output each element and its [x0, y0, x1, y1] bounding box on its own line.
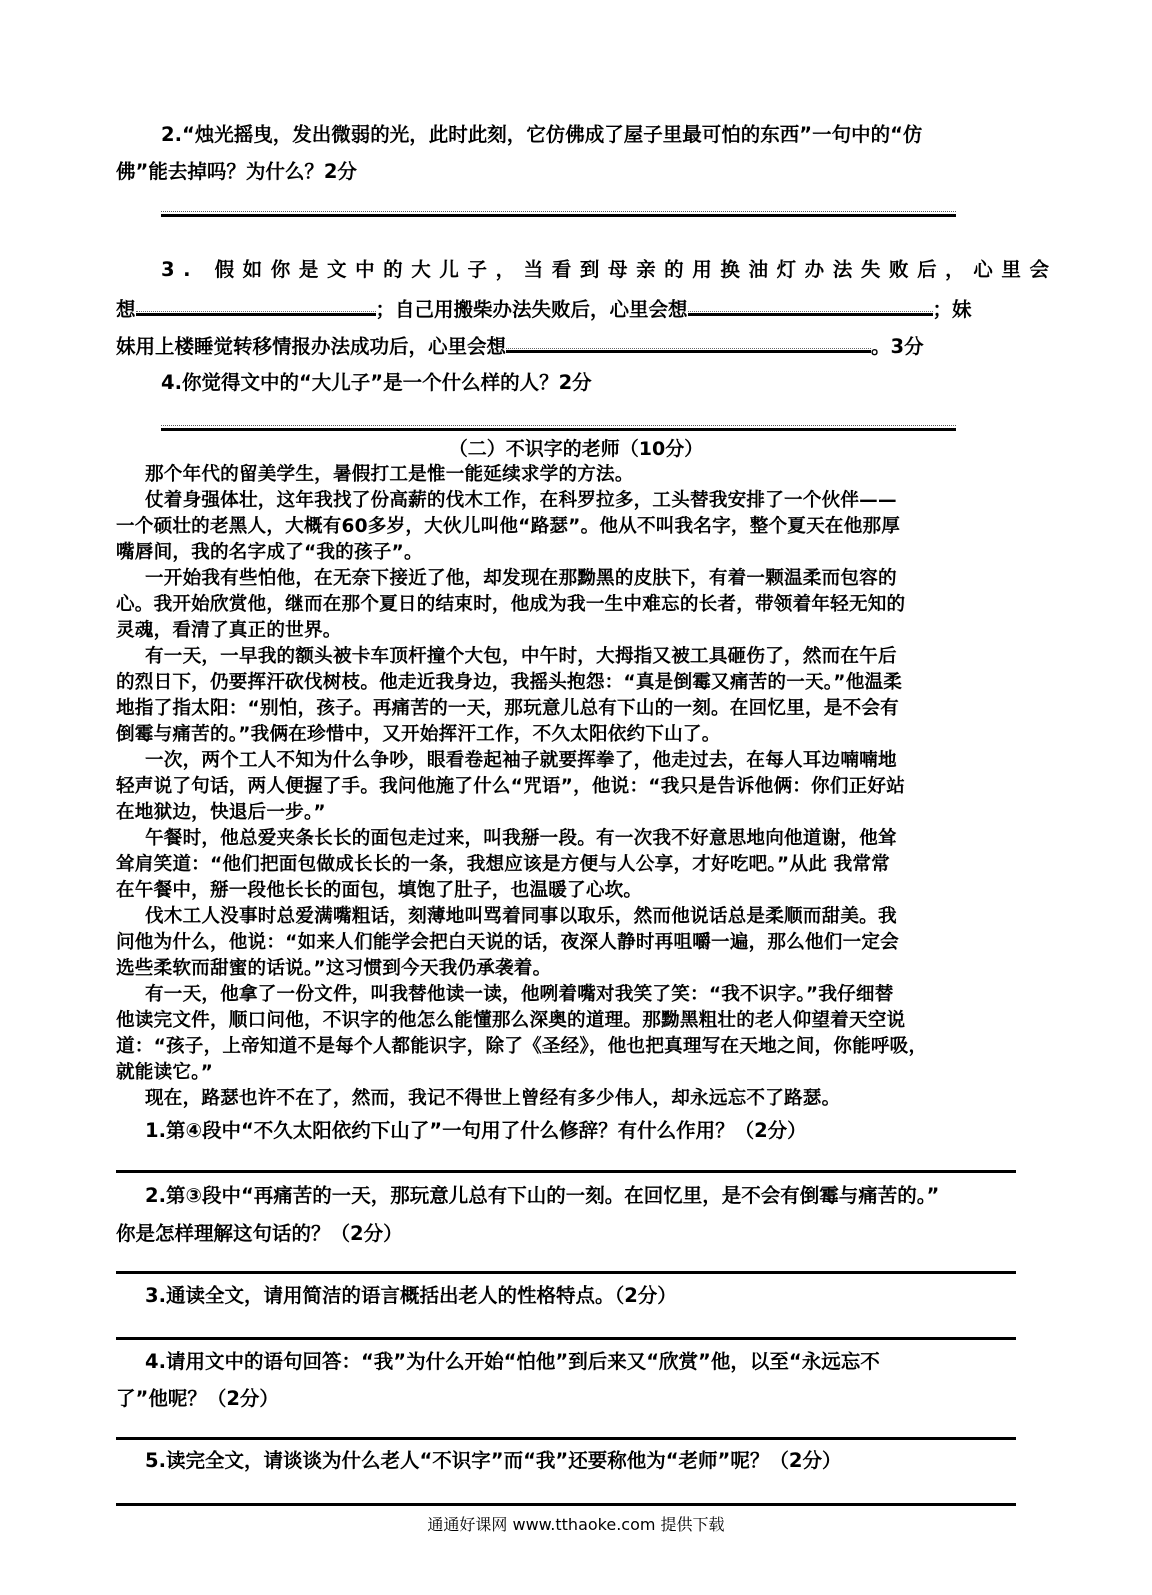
- question-2-line-2: 佛”能去掉吗？为什么？2分: [116, 160, 357, 184]
- passage-line: 那个年代的留美学生，暑假打工是惟一能延续求学的方法。: [145, 463, 634, 487]
- fill-blank-1[interactable]: [136, 295, 376, 316]
- s2-question-5: 5.读完全文，请谈谈为什么老人“不识字”而“我”还要称他为“老师”呢？（2分）: [145, 1449, 841, 1473]
- passage-line: 在地狱边，快退后一步。”: [116, 801, 326, 825]
- answer-line-q4[interactable]: [161, 428, 956, 431]
- passage-line: 问他为什么，他说：“如来人们能学会把白天说的话，夜深人静时再咀嚼一遍，那么他们一…: [116, 931, 899, 955]
- s2-question-4-line-2: 了”他呢？（2分）: [116, 1387, 279, 1411]
- answer-line-s2-q3[interactable]: [116, 1337, 1016, 1340]
- passage-line: 一开始我有些怕他，在无奈下接近了他，却发现在那黝黑的皮肤下，有着一颗温柔而包容的: [145, 567, 897, 591]
- question-4-line-1: 4.你觉得文中的“大儿子”是一个什么样的人？2分: [161, 371, 592, 395]
- passage-line: 心。我开始欣赏他，继而在那个夏日的结束时，他成为我一生中难忘的长者，带领着年轻无…: [116, 593, 905, 617]
- fill-blank-2[interactable]: [688, 295, 933, 316]
- exam-page: 2.“烛光摇曳，发出微弱的光，此时此刻，它仿佛成了屋子里最可怕的东西”一句中的“…: [0, 0, 1152, 1595]
- question-2-line-1: 2.“烛光摇曳，发出微弱的光，此时此刻，它仿佛成了屋子里最可怕的东西”一句中的“…: [161, 123, 922, 147]
- passage-line: 地指了指太阳：“别怕，孩子。再痛苦的一天，那玩意儿总有下山的一刻。在回忆里，是不…: [116, 697, 899, 721]
- passage-line: 选些柔软而甜蜜的话说。”这习惯到今天我仍承袭着。: [116, 957, 551, 981]
- s2-question-3: 3.通读全文，请用简洁的语言概括出老人的性格特点。（2分）: [145, 1284, 677, 1308]
- s2-question-2-line-1: 2.第③段中“再痛苦的一天，那玩意儿总有下山的一刻。在回忆里，是不会有倒霉与痛苦…: [145, 1184, 939, 1208]
- answer-line-s2-q4[interactable]: [116, 1437, 1016, 1440]
- passage-line: 在午餐中，掰一段他长长的面包，填饱了肚子，也温暖了心坎。: [116, 879, 642, 903]
- passage-line: 现在，路瑟也许不在了，然而，我记不得世上曾经有多少伟人，却永远忘不了路瑟。: [145, 1087, 840, 1111]
- s2-question-4-line-1: 4.请用文中的语句回答：“我”为什么开始“怕他”到后来又“欣赏”他，以至“永远忘…: [145, 1350, 880, 1374]
- answer-line-s2-q5[interactable]: [116, 1503, 1016, 1506]
- answer-line-dots: [161, 425, 956, 426]
- answer-line-dots: [161, 211, 956, 212]
- passage-line: 一个硕壮的老黑人，大概有60多岁，大伙儿叫他“路瑟”。他从不叫我名字，整个夏天在…: [116, 515, 900, 539]
- question-3-text-e: 。3分: [871, 335, 924, 358]
- question-3-line-2: 想；自己用搬柴办法失败后，心里会想；妹: [116, 295, 972, 322]
- section-2-title: （二）不识字的老师（10分）: [0, 437, 1152, 461]
- passage-line: 一次，两个工人不知为什么争吵，眼看卷起袖子就要挥拳了，他走过去，在每人耳边喃喃地: [145, 749, 897, 773]
- passage-line: 午餐时，他总爱夹条长长的面包走过来，叫我掰一段。有一次我不好意思地向他道谢，他耸: [145, 827, 897, 851]
- question-3-text-c: ；妹: [933, 298, 972, 321]
- passage-line: 轻声说了句话，两人便握了手。我问他施了什么“咒语”，他说：“我只是告诉他俩：你们…: [116, 775, 905, 799]
- passage-line: 耸肩笑道：“他们把面包做成长长的一条，我想应该是方便与人公享，才好吃吧。”从此 …: [116, 853, 890, 877]
- passage-line: 就能读它。”: [116, 1061, 213, 1085]
- passage-line: 有一天，一早我的额头被卡车顶杆撞个大包，中午时，大拇指又被工具砸伤了，然而在午后: [145, 645, 897, 669]
- answer-line-s2-q2[interactable]: [116, 1271, 1016, 1274]
- fill-blank-3[interactable]: [506, 332, 871, 353]
- passage-line: 嘴唇间，我的名字成了“我的孩子”。: [116, 541, 423, 565]
- footer-credit: 通通好课网 www.tthaoke.com 提供下载: [0, 1512, 1152, 1535]
- passage-line: 仗着身强体壮，这年我找了份高薪的伐木工作，在科罗拉多，工头替我安排了一个伙伴——: [145, 489, 897, 513]
- question-3-text-b: ；自己用搬柴办法失败后，心里会想: [376, 298, 688, 321]
- passage-line: 他读完文件，顺口问他，不识字的他怎么能懂那么深奥的道理。那黝黑粗壮的老人仰望着天…: [116, 1009, 905, 1033]
- question-3-text-a: 想: [116, 298, 136, 321]
- passage-line: 的烈日下，仍要挥汗砍伐树枝。他走近我身边，我摇头抱怨：“真是倒霉又痛苦的一天。”…: [116, 671, 902, 695]
- s2-question-2-line-2: 你是怎样理解这句话的？（2分）: [116, 1222, 403, 1246]
- question-3-line-3: 妹用上楼睡觉转移情报办法成功后，心里会想。3分: [116, 332, 924, 359]
- passage-line: 有一天，他拿了一份文件，叫我替他读一读，他咧着嘴对我笑了笑：“我不识字。”我仔细…: [145, 983, 894, 1007]
- question-3-text-d: 妹用上楼睡觉转移情报办法成功后，心里会想: [116, 335, 506, 358]
- passage-line: 倒霉与痛苦的。”我俩在珍惜中，又开始挥汗工作，不久太阳依约下山了。: [116, 723, 721, 747]
- answer-line-s2-q1[interactable]: [116, 1170, 1016, 1173]
- passage-line: 道：“孩子，上帝知道不是每个人都能识字，除了《圣经》，他也把真理写在天地之间，你…: [116, 1035, 927, 1059]
- answer-line-q2[interactable]: [161, 214, 956, 217]
- question-3-line-1: 3. 假如你是文中的大儿子，当看到母亲的用换油灯办法失败后，心里会: [161, 258, 1058, 282]
- passage-line: 灵魂，看清了真正的世界。: [116, 619, 342, 643]
- s2-question-1: 1.第④段中“不久太阳依约下山了”一句用了什么修辞？有什么作用？（2分）: [145, 1119, 807, 1143]
- passage-line: 伐木工人没事时总爱满嘴粗话，刻薄地叫骂着同事以取乐，然而他说话总是柔顺而甜美。我: [145, 905, 897, 929]
